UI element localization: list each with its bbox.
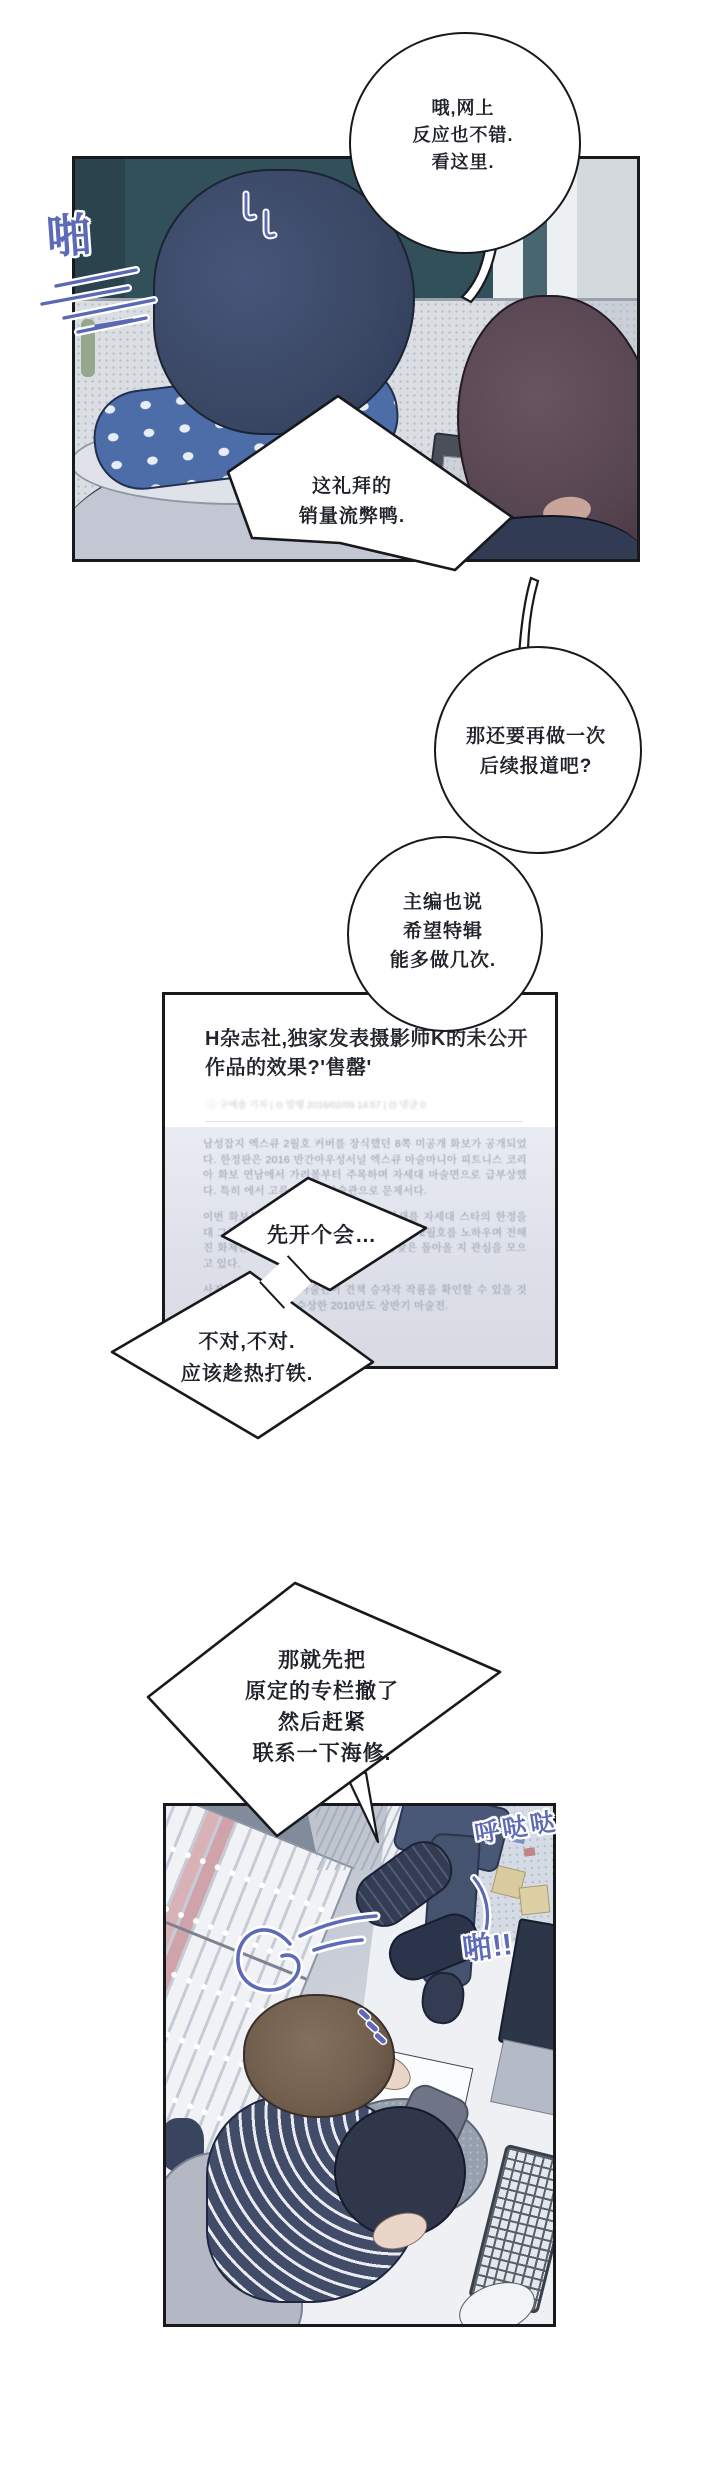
- bubble-plan-text: 那就先把 原定的专栏撤了 然后赶紧 联系一下海修.: [207, 1645, 437, 1769]
- sfx-slam: 啪: [44, 198, 94, 267]
- bubble-meeting-text: 先开个会…: [237, 1219, 407, 1249]
- article-headline: H杂志社,独家发表摄影师K的未公开 作品的效果?'售罄': [205, 1025, 535, 1083]
- sticky-chip-red: [523, 1847, 535, 1856]
- speed-lines: [36, 266, 176, 338]
- bubble-sales-text: 这礼拜的 销量流弊鸭.: [262, 472, 442, 532]
- person-c-hair: [243, 1994, 395, 2118]
- article-meta: ⓘ 구예솔 기자 | ⊙ 발행 2016/02/09 14:57 | ⊡ 댓글 …: [207, 1097, 537, 1111]
- bubble-no-no-text: 不对,不对. 应该趁热打铁.: [132, 1326, 362, 1390]
- bubble-editor-text: 主编也说 希望特辑 能多做几次.: [353, 888, 533, 975]
- wall-light: [577, 159, 640, 301]
- comic-page: 啪 哦,网上 反应也不错. 看这里. 这礼拜的 销量流弊鸭. 那还要再做一次 后…: [0, 0, 720, 2489]
- startle-doodle: [234, 190, 284, 246]
- bubble-followup-text: 那还要再做一次 后续报道吧?: [440, 722, 632, 782]
- sfx-slam-excl: 啪!!: [460, 1919, 515, 1969]
- article-divider: [205, 1121, 523, 1122]
- swirl-doodle: [228, 1906, 388, 2011]
- sticky-note: [519, 1885, 551, 1916]
- bubble-net-reaction-text: 哦,网上 反应也不错. 看这里.: [359, 95, 567, 176]
